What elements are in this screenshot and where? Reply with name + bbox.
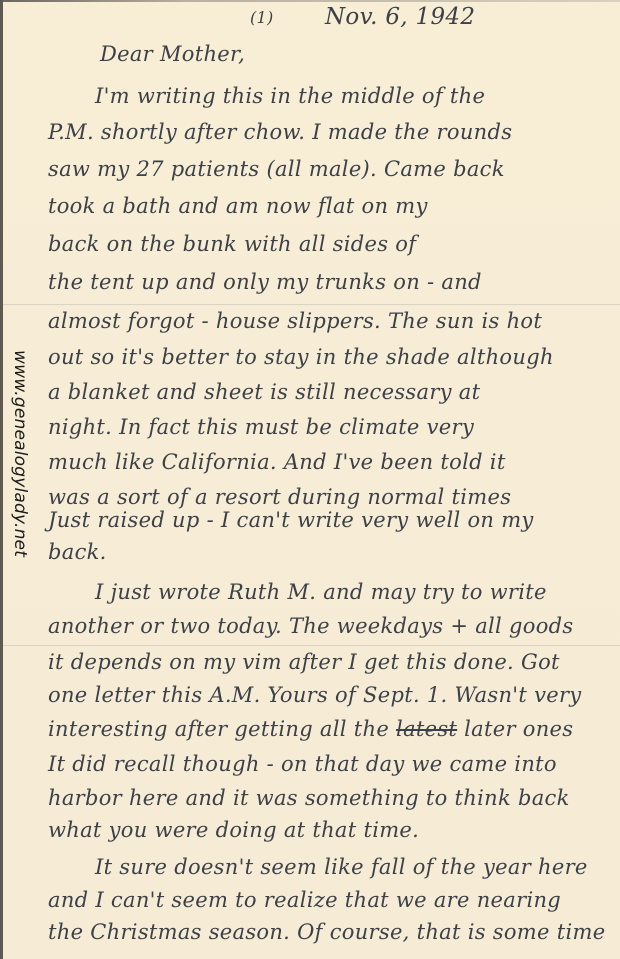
letter-line: saw my 27 patients (all male). Came back — [48, 157, 505, 181]
watermark: www.genealogylady.net — [10, 350, 30, 557]
line-text: interesting after getting all the — [48, 717, 389, 741]
line-text: was a sort of a resort during normal tim… — [48, 485, 511, 509]
line-text: Just raised up - I can't write very well… — [48, 508, 534, 532]
line-text: harbor here and it was something to thin… — [48, 786, 570, 810]
letter-date: Nov. 6, 1942 — [325, 4, 475, 30]
page-top-edge — [0, 0, 620, 2]
letter-line: was a sort of a resort during normal tim… — [48, 485, 511, 509]
letter-line: I just wrote Ruth M. and may try to writ… — [95, 580, 547, 604]
line-text: I just wrote Ruth M. and may try to writ… — [95, 580, 547, 604]
letter-line: P.M. shortly after chow. I made the roun… — [48, 120, 512, 144]
line-text: out so it's better to stay in the shade … — [48, 345, 554, 369]
letter-line: back. — [48, 540, 107, 564]
line-text: almost forgot - house slippers. The sun … — [48, 309, 542, 333]
struck-word: latest — [396, 717, 457, 741]
letter-line: It sure doesn't seem like fall of the ye… — [95, 855, 588, 879]
line-text: night. In fact this must be climate very — [48, 415, 474, 439]
line-text: one letter this A.M. Yours of Sept. 1. W… — [48, 683, 581, 707]
line-text-continued: later ones — [464, 717, 573, 741]
line-text: back. — [48, 540, 107, 564]
line-text: P.M. shortly after chow. I made the roun… — [48, 120, 512, 144]
letter-line: one letter this A.M. Yours of Sept. 1. W… — [48, 683, 581, 707]
letter-line: the Christmas season. Of course, that is… — [48, 920, 605, 944]
page-left-edge — [0, 0, 3, 959]
line-text: much like California. And I've been told… — [48, 450, 506, 474]
letter-line: It did recall though - on that day we ca… — [48, 752, 557, 776]
letter-line: it depends on my vim after I get this do… — [48, 650, 560, 674]
line-text: It did recall though - on that day we ca… — [48, 752, 557, 776]
line-text: it depends on my vim after I get this do… — [48, 650, 560, 674]
letter-line: took a bath and am now flat on my — [48, 194, 428, 218]
paper-fold-line — [3, 645, 620, 647]
letter-line: night. In fact this must be climate very — [48, 415, 474, 439]
letter-line: Just raised up - I can't write very well… — [48, 508, 534, 532]
paper-fold-line — [3, 304, 620, 306]
line-text: what you were doing at that time. — [48, 818, 419, 842]
letter-line: interesting after getting all the latest… — [48, 717, 573, 741]
line-text: the Christmas season. Of course, that is… — [48, 920, 605, 944]
line-text: It sure doesn't seem like fall of the ye… — [95, 855, 588, 879]
line-text: back on the bunk with all sides of — [48, 232, 416, 256]
letter-line: much like California. And I've been told… — [48, 450, 506, 474]
line-text: a blanket and sheet is still necessary a… — [48, 380, 480, 404]
letter-line: back on the bunk with all sides of — [48, 232, 416, 256]
letter-line: I'm writing this in the middle of the — [95, 84, 485, 108]
letter-line: the tent up and only my trunks on - and — [48, 270, 482, 294]
line-text: and I can't seem to realize that we are … — [48, 888, 561, 912]
letter-page: www.genealogylady.net (1) Nov. 6, 1942 D… — [0, 0, 620, 959]
letter-line: what you were doing at that time. — [48, 818, 419, 842]
letter-line: out so it's better to stay in the shade … — [48, 345, 554, 369]
page-number: (1) — [250, 8, 274, 27]
letter-line: harbor here and it was something to thin… — [48, 786, 570, 810]
letter-line: almost forgot - house slippers. The sun … — [48, 309, 542, 333]
line-text: another or two today. The weekdays + all… — [48, 614, 573, 638]
line-text: the tent up and only my trunks on - and — [48, 270, 482, 294]
line-text: took a bath and am now flat on my — [48, 194, 428, 218]
letter-line: another or two today. The weekdays + all… — [48, 614, 573, 638]
letter-line: a blanket and sheet is still necessary a… — [48, 380, 480, 404]
line-text: saw my 27 patients (all male). Came back — [48, 157, 505, 181]
line-text: I'm writing this in the middle of the — [95, 84, 485, 108]
salutation: Dear Mother, — [100, 42, 245, 66]
letter-line: and I can't seem to realize that we are … — [48, 888, 561, 912]
